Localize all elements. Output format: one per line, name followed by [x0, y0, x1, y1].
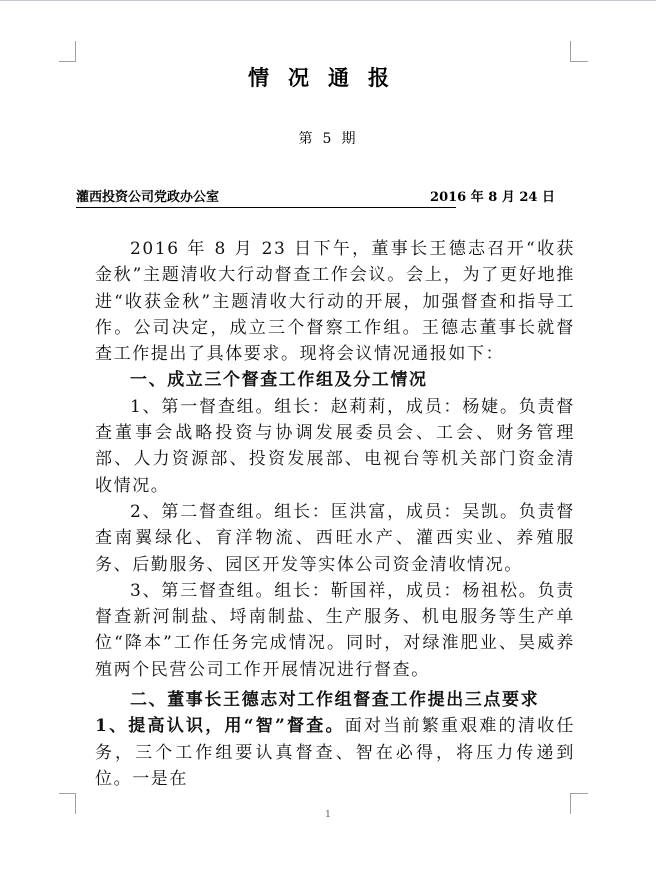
margin-corner-top-right [570, 41, 588, 62]
document-body: 2016 年 8 月 23 日下午，董事长王德志召开“收获金秋”主题清收大行动督… [95, 236, 575, 792]
intro-paragraph: 2016 年 8 月 23 日下午，董事长王德志召开“收获金秋”主题清收大行动督… [95, 236, 575, 367]
issuer: 灌西投资公司党政办公室 [76, 186, 219, 205]
document-title: 情况通报 [0, 62, 656, 92]
page-number: 1 [0, 810, 656, 820]
issue-suffix: 期 [341, 131, 357, 147]
section2-point1: 1、提高认识，用“智”督查。面对当前繁重艰难的清收任务，三个工作组要认真督查、智… [95, 713, 575, 792]
section2-heading: 二、董事长王德志对工作组督查工作提出三点要求 [95, 687, 575, 713]
margin-corner-top-left [59, 41, 76, 62]
section1-item: 3、第三督查组。组长：靳国祥，成员：杨祖松。负责督查新河制盐、埒南制盐、生产服务… [95, 578, 575, 683]
issue-date: 2016 年 8 月 24 日 [430, 186, 555, 205]
issue-prefix: 第 [299, 131, 315, 147]
section1-heading: 一、成立三个督查工作组及分工情况 [95, 367, 575, 393]
issue-value: 5 [323, 131, 334, 147]
issue-number: 第5期 [0, 128, 656, 148]
section1-item: 2、第二督查组。组长：匡洪富，成员：吴凯。负责督查南翼绿化、育洋物流、西旺水产、… [95, 499, 575, 578]
point1-lead: 1、提高认识，用“智”督查。 [95, 716, 345, 736]
section1-item: 1、第一督查组。组长：赵莉莉，成员：杨婕。负责督查董事会战略投资与协调发展委员会… [95, 394, 575, 499]
header-rule [76, 207, 456, 208]
window-top-border [0, 0, 656, 1]
